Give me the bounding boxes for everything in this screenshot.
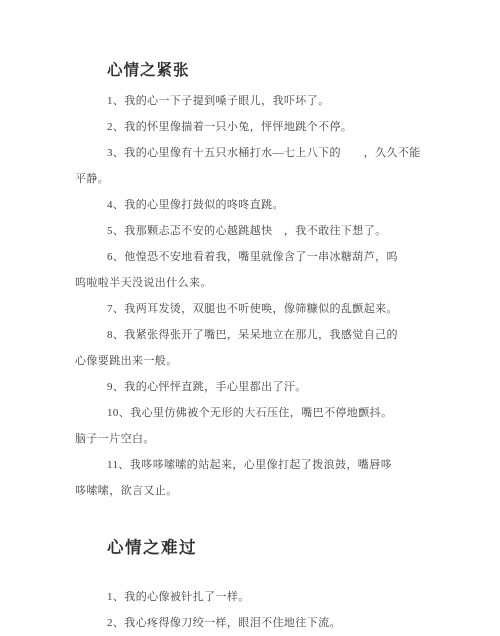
list-item-line: 1、我的心像被针扎了一样。 — [75, 584, 422, 610]
list-item-line: 4、我的心里像打鼓似的咚咚直跳。 — [75, 192, 422, 218]
list-item-line: 9、我的心怦怦直跳，手心里都出了汗。 — [75, 374, 422, 400]
section-title-nervous: 心情之紧张 — [75, 58, 422, 84]
list-item-wrapped-line: 平静。 — [75, 166, 422, 192]
list-item-line: 3、我的心里像有十五只水桶打水—七上八下的 ，久久不能 — [75, 140, 422, 166]
section-title-sad: 心情之难过 — [75, 534, 422, 562]
list-item-line: 2、我心疼得像刀绞一样，眼泪不住地往下流。 — [75, 610, 422, 636]
list-item-line: 7、我两耳发烫，双腿也不听使唤，像筛糠似的乱颤起来。 — [75, 296, 422, 322]
list-item-line: 6、他惶恐不安地看着我，嘴里就像含了一串冰糖葫芦，呜 — [75, 244, 422, 270]
list-item-line: 1、我的心一下子提到嗓子眼儿，我吓坏了。 — [75, 88, 422, 114]
list-item-line: 5、我那颗忐忑不安的心越跳越快 ，我不敢往下想了。 — [75, 218, 422, 244]
list-item-wrapped-line: 哆嗦嗦，欲言又止。 — [75, 478, 422, 504]
list-item-wrapped-line: 心像要跳出来一般。 — [75, 348, 422, 374]
list-item-wrapped-line: 脑子一片空白。 — [75, 426, 422, 452]
list-item-wrapped-line: 呜啦啦半天没说出什么来。 — [75, 270, 422, 296]
document-page: 心情之紧张 1、我的心一下子提到嗓子眼儿，我吓坏了。 2、我的怀里像揣着一只小兔… — [0, 0, 500, 636]
list-item-line: 11、我哆哆嗦嗦的站起来，心里像打起了拨浪鼓，嘴唇哆 — [75, 452, 422, 478]
list-item-line: 10、我心里仿佛被个无形的大石压住，嘴巴不停地颤抖。 — [75, 400, 422, 426]
list-item-line: 2、我的怀里像揣着一只小兔，怦怦地跳个不停。 — [75, 114, 422, 140]
list-item-line: 8、我紧张得张开了嘴巴，呆呆地立在那儿，我感觉自己的 — [75, 322, 422, 348]
